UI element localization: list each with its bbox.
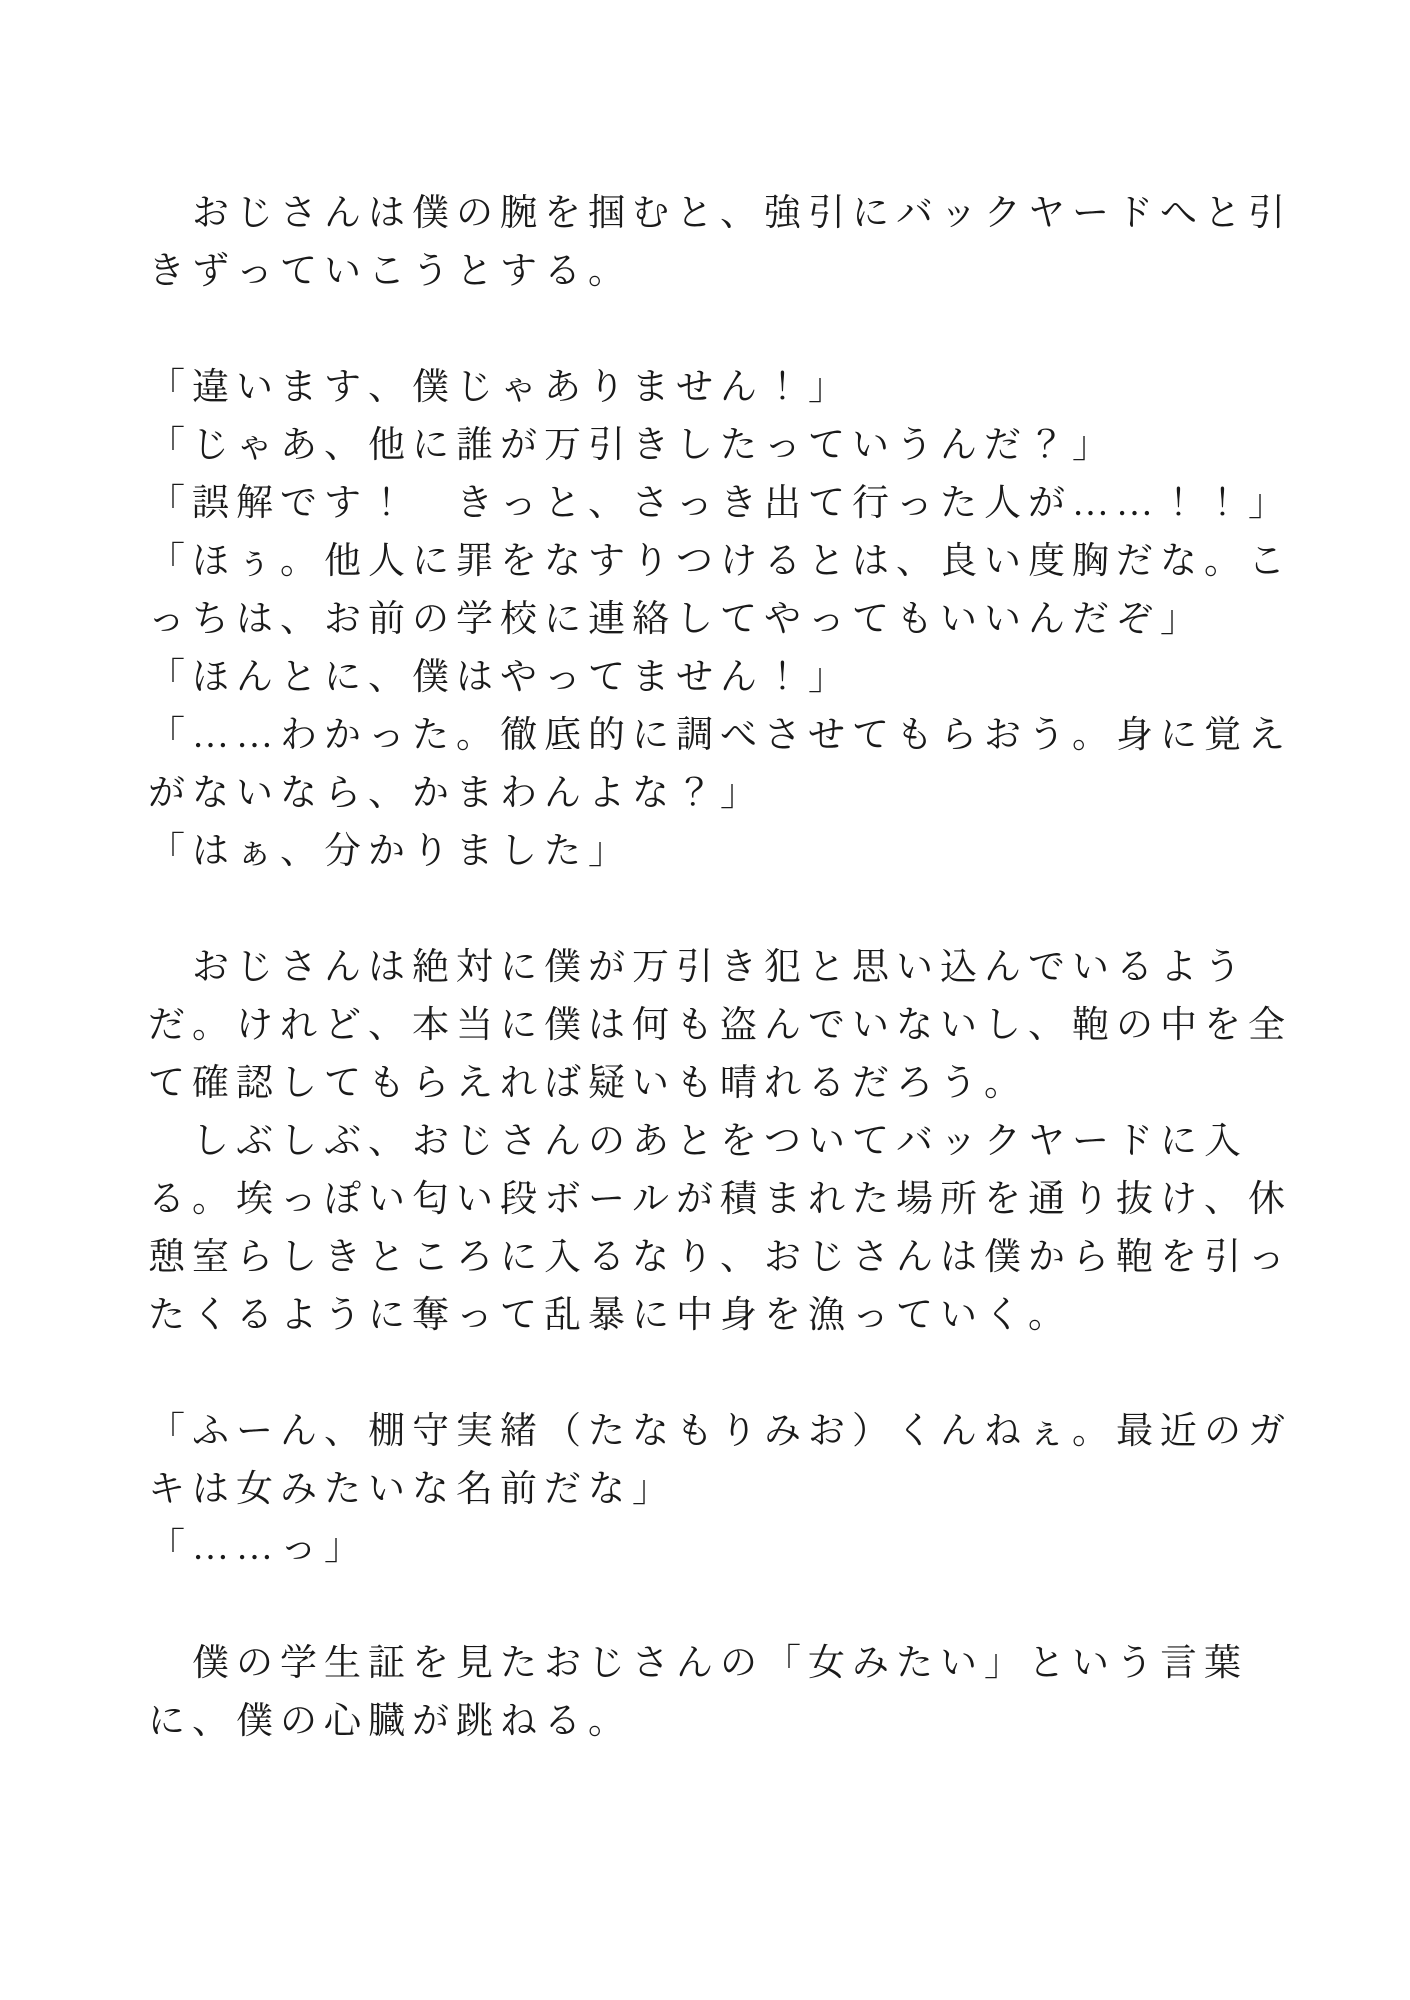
text-content: おじさんは僕の腕を掴むと、強引にバックヤードへと引きずっていこうとする。「違いま…: [148, 185, 1278, 1751]
blank-line: [148, 881, 1278, 939]
dialogue-line: 「……わかった。徹底的に調べさせてもらおう。身に覚え: [148, 707, 1278, 765]
dialogue-line: 「じゃあ、他に誰が万引きしたっていうんだ？」: [148, 417, 1278, 475]
paragraph-line: る。埃っぽい匂い段ボールが積まれた場所を通り抜け、休: [148, 1171, 1278, 1229]
dialogue-line: 「はぁ、分かりました」: [148, 823, 1278, 881]
dialogue-line: 「ほんとに、僕はやってません！」: [148, 649, 1278, 707]
paragraph-line: 憩室らしきところに入るなり、おじさんは僕から鞄を引っ: [148, 1229, 1278, 1287]
paragraph-line: おじさんは僕の腕を掴むと、強引にバックヤードへと引: [148, 185, 1278, 243]
dialogue-line: 「ふーん、棚守実緒（たなもりみお）くんねぇ。最近のガ: [148, 1403, 1278, 1461]
dialogue-line: 「誤解です！ きっと、さっき出て行った人が……！！」: [148, 475, 1278, 533]
paragraph-line: て確認してもらえれば疑いも晴れるだろう。: [148, 1055, 1278, 1113]
paragraph-line: おじさんは絶対に僕が万引き犯と思い込んでいるよう: [148, 939, 1278, 997]
paragraph-line: 僕の学生証を見たおじさんの「女みたい」という言葉: [148, 1635, 1278, 1693]
dialogue-line: がないなら、かまわんよな？」: [148, 765, 1278, 823]
blank-line: [148, 1577, 1278, 1635]
paragraph-line: だ。けれど、本当に僕は何も盗んでいないし、鞄の中を全: [148, 997, 1278, 1055]
blank-line: [148, 301, 1278, 359]
paragraph-line: きずっていこうとする。: [148, 243, 1278, 301]
dialogue-line: 「違います、僕じゃありません！」: [148, 359, 1278, 417]
novel-page: おじさんは僕の腕を掴むと、強引にバックヤードへと引きずっていこうとする。「違いま…: [148, 185, 1278, 1751]
paragraph-line: たくるように奪って乱暴に中身を漁っていく。: [148, 1287, 1278, 1345]
dialogue-line: 「……っ」: [148, 1519, 1278, 1577]
paragraph-line: しぶしぶ、おじさんのあとをついてバックヤードに入: [148, 1113, 1278, 1171]
dialogue-line: っちは、お前の学校に連絡してやってもいいんだぞ」: [148, 591, 1278, 649]
paragraph-line: に、僕の心臓が跳ねる。: [148, 1693, 1278, 1751]
blank-line: [148, 1345, 1278, 1403]
dialogue-line: キは女みたいな名前だな」: [148, 1461, 1278, 1519]
dialogue-line: 「ほぅ。他人に罪をなすりつけるとは、良い度胸だな。こ: [148, 533, 1278, 591]
